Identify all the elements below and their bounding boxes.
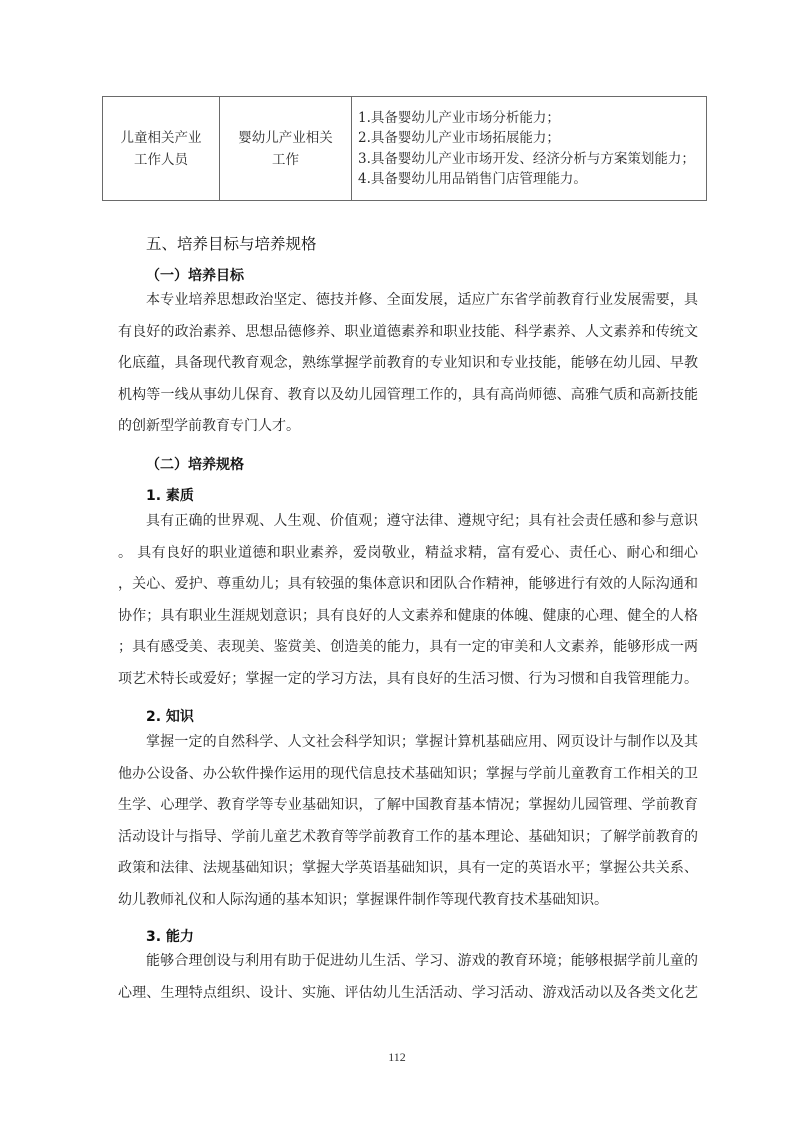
- goals-paragraph: 本专业培养思想政治坚定、德技并修、全面发展，适应广东省学前教育行业发展需要，具 …: [118, 285, 698, 443]
- table-cell-abilities: 1.具备婴幼儿产业市场分析能力； 2.具备婴幼儿产业市场拓展能力； 3.具备婴幼…: [352, 97, 707, 201]
- spec-title-knowledge: 2. 知识: [146, 706, 194, 726]
- table-cell-job-position: 婴幼儿产业相关 工作: [220, 97, 352, 201]
- spec-title-ability: 3. 能力: [146, 926, 194, 946]
- ability-item: 1.具备婴幼儿产业市场分析能力；: [358, 108, 706, 129]
- knowledge-paragraph: 掌握一定的自然科学、人文社会科学知识；掌握计算机基础应用、网页设计与制作以及其 …: [118, 727, 698, 916]
- ability-item: 2.具备婴幼儿产业市场拓展能力；: [358, 128, 706, 149]
- table-cell-job-group: 儿童相关产业 工作人员: [103, 97, 220, 201]
- subsection-title-goals: （一）培养目标: [146, 265, 244, 285]
- ability-item: 3.具备婴幼儿产业市场开发、经济分析与方案策划能力；: [358, 149, 706, 170]
- spec-title-quality: 1. 素质: [146, 485, 194, 505]
- page-number: 112: [0, 1050, 794, 1065]
- ability-paragraph: 能够合理创设与利用有助于促进幼儿生活、学习、游戏的教育环境；能够根据学前儿童的 …: [118, 946, 698, 1009]
- subsection-title-specs: （二）培养规格: [146, 454, 244, 474]
- job-requirements-table: 儿童相关产业 工作人员 婴幼儿产业相关 工作 1.具备婴幼儿产业市场分析能力； …: [102, 96, 707, 201]
- section-title: 五、培养目标与培养规格: [146, 232, 317, 254]
- document-page: 儿童相关产业 工作人员 婴幼儿产业相关 工作 1.具备婴幼儿产业市场分析能力； …: [0, 0, 794, 1123]
- quality-paragraph: 具有正确的世界观、人生观、价值观；遵守法律、遵规守纪；具有社会责任感和参与意识 …: [118, 506, 698, 695]
- ability-item: 4.具备婴幼儿用品销售门店管理能力。: [358, 169, 706, 190]
- table-row: 儿童相关产业 工作人员 婴幼儿产业相关 工作 1.具备婴幼儿产业市场分析能力； …: [103, 97, 707, 201]
